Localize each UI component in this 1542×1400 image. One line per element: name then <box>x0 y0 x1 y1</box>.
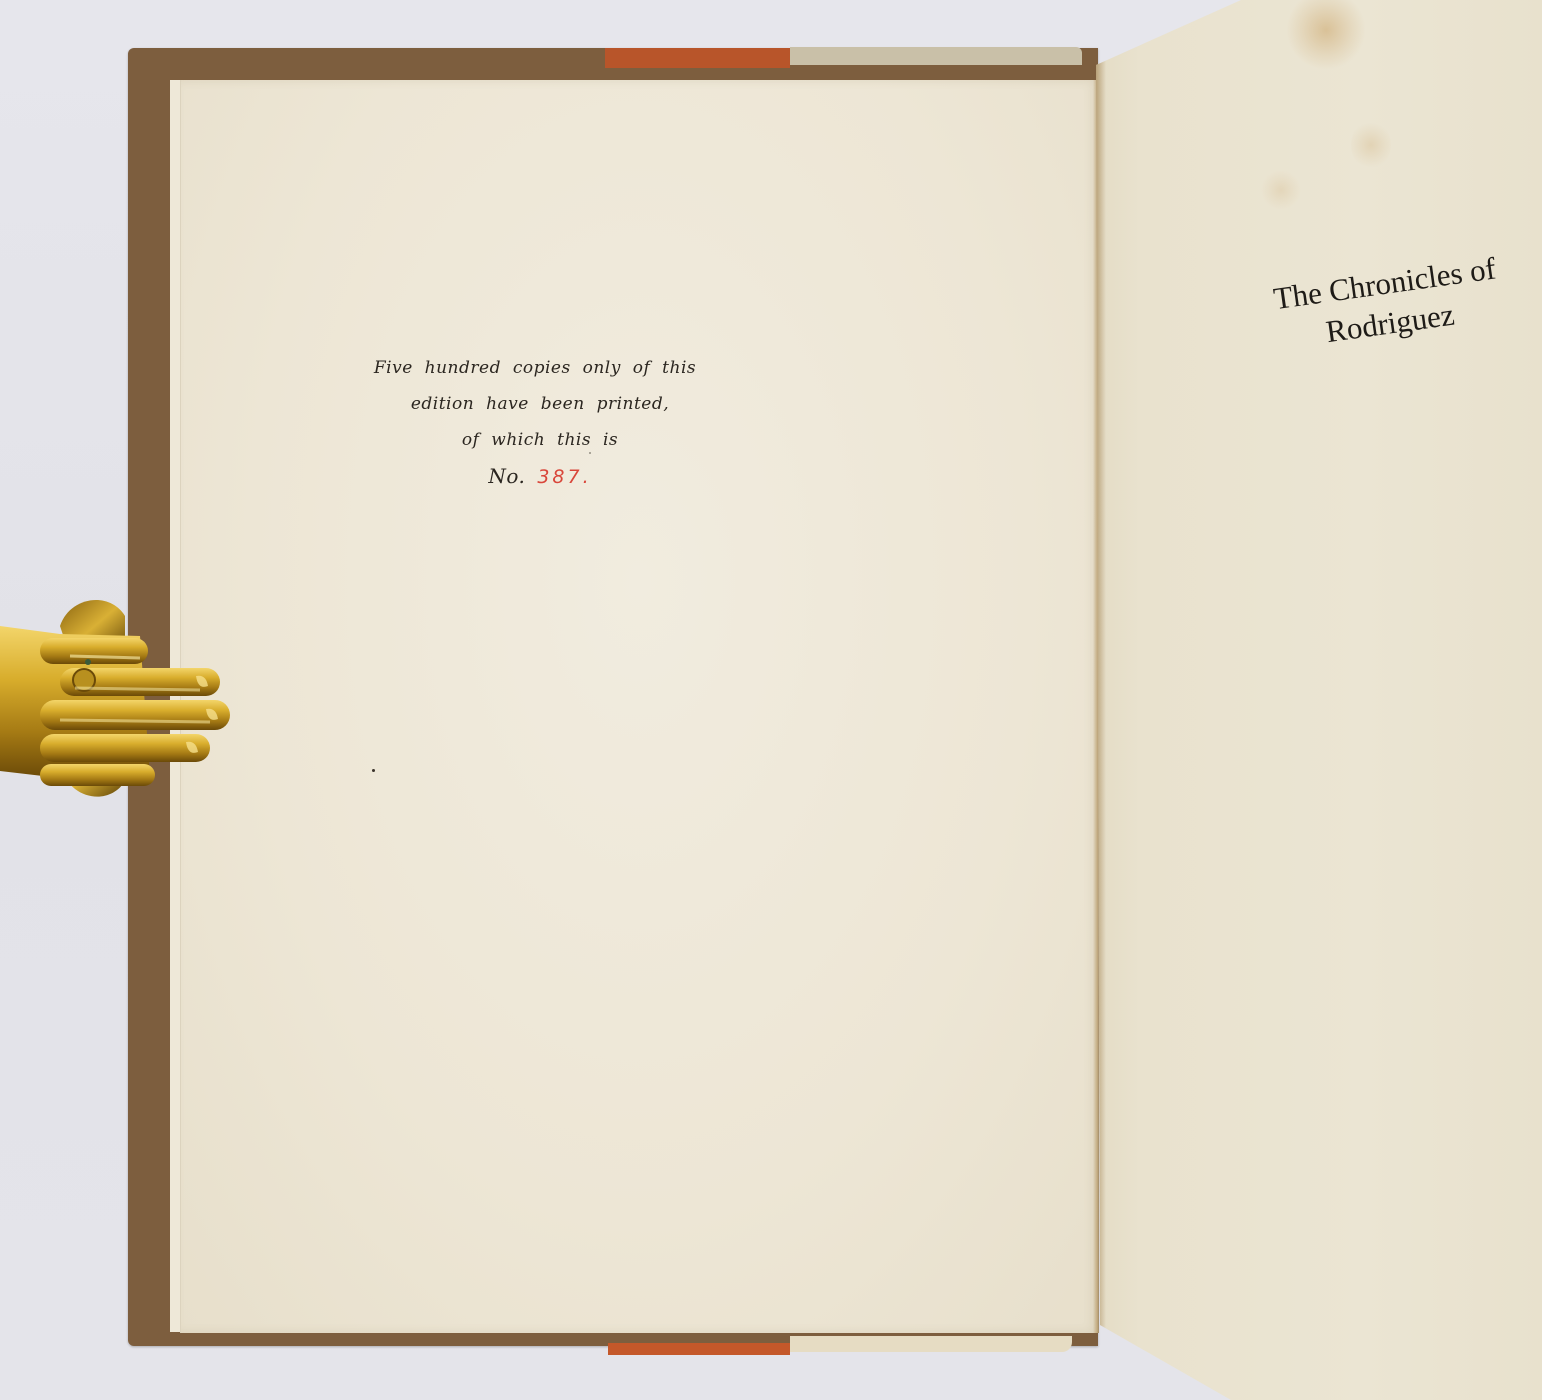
foxing-stain <box>1351 120 1391 170</box>
limitation-line-1: Five hundred copies only of this <box>360 350 710 386</box>
brass-hand-clip-icon <box>0 596 235 806</box>
book-photo: Five hundred copies only of this edition… <box>0 0 1542 1400</box>
copy-number: No. 387. <box>370 458 710 496</box>
spine-band-bottom-cream <box>790 1336 1072 1352</box>
spine-band-bottom-orange <box>608 1343 790 1355</box>
limitation-line-2: edition have been printed, <box>370 386 710 422</box>
left-page <box>180 80 1099 1333</box>
paper-speck <box>589 452 591 454</box>
foxing-stain <box>1286 0 1366 70</box>
limitation-statement: Five hundred copies only of this edition… <box>370 350 710 496</box>
right-page <box>1096 0 1542 1400</box>
limitation-line-3: of which this is <box>370 422 710 458</box>
foxing-stain <box>1261 170 1301 210</box>
copy-number-value: 387. <box>537 466 591 488</box>
spine-band-top-cream <box>790 47 1082 65</box>
spine-band-top-orange <box>605 48 790 68</box>
paper-speck <box>372 769 375 772</box>
copy-number-label: No. <box>488 464 525 488</box>
